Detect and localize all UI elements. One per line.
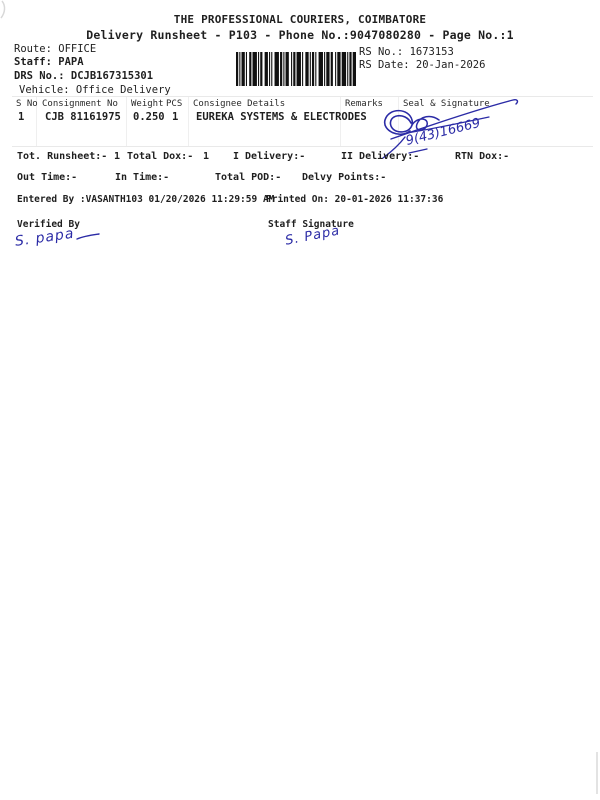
total-dox-label: Total Dox:- (127, 151, 193, 162)
rs-date-field: RS Date: 20-Jan-2026 (359, 59, 485, 71)
col-header-consignment-no: Consignment No (42, 99, 118, 109)
tot-runsheet-value: 1 (114, 151, 120, 162)
delivery-runsheet-document: THE PROFESSIONAL COURIERS, COIMBATORE De… (0, 0, 600, 800)
col-header-pcs: PCS (166, 99, 182, 109)
delvy-points-label: Delvy Points:- (302, 172, 386, 183)
row-weight: 0.250 (133, 111, 165, 123)
staff-field: Staff: PAPA (14, 56, 84, 68)
col-header-weight: Weight (131, 99, 164, 109)
route-field: Route: OFFICE (14, 43, 96, 55)
rs-barcode (236, 52, 356, 86)
col-header-consignee-details: Consignee Details (193, 99, 285, 109)
rs-no-field: RS No.: 1673153 (359, 46, 454, 58)
table-column-divider (188, 97, 189, 146)
col-header-sno: S No (16, 99, 38, 109)
ii-delivery-label: II Delivery:- (341, 151, 419, 162)
i-delivery-label: I Delivery:- (233, 151, 305, 162)
vehicle-field: Vehicle: Office Delivery (19, 84, 171, 96)
row-consignee: EUREKA SYSTEMS & ELECTRODES (196, 111, 367, 123)
out-time-label: Out Time:- (17, 172, 77, 183)
verified-signature-flourish (76, 232, 100, 242)
total-pod-label: Total POD:- (215, 172, 281, 183)
scan-artifact-right-edge (596, 752, 598, 794)
rtn-dox-label: RTN Dox:- (455, 151, 509, 162)
row-consignment-no: CJB 81161975 (45, 111, 121, 123)
table-column-divider (126, 97, 127, 146)
page-title: THE PROFESSIONAL COURIERS, COIMBATORE (0, 13, 600, 26)
row-pcs: 1 (172, 111, 178, 123)
row-sno: 1 (18, 111, 24, 123)
printed-on-field: Printed On: 20-01-2026 11:37:36 (266, 194, 443, 205)
drs-no-field: DRS No.: DCJB167315301 (14, 70, 153, 82)
entered-by-field: Entered By :VASANTH103 01/20/2026 11:29:… (17, 194, 274, 205)
tot-runsheet-label: Tot. Runsheet:- (17, 151, 107, 162)
in-time-label: In Time:- (115, 172, 169, 183)
page-subtitle: Delivery Runsheet - P103 - Phone No.:904… (0, 28, 600, 42)
total-dox-value: 1 (203, 151, 209, 162)
